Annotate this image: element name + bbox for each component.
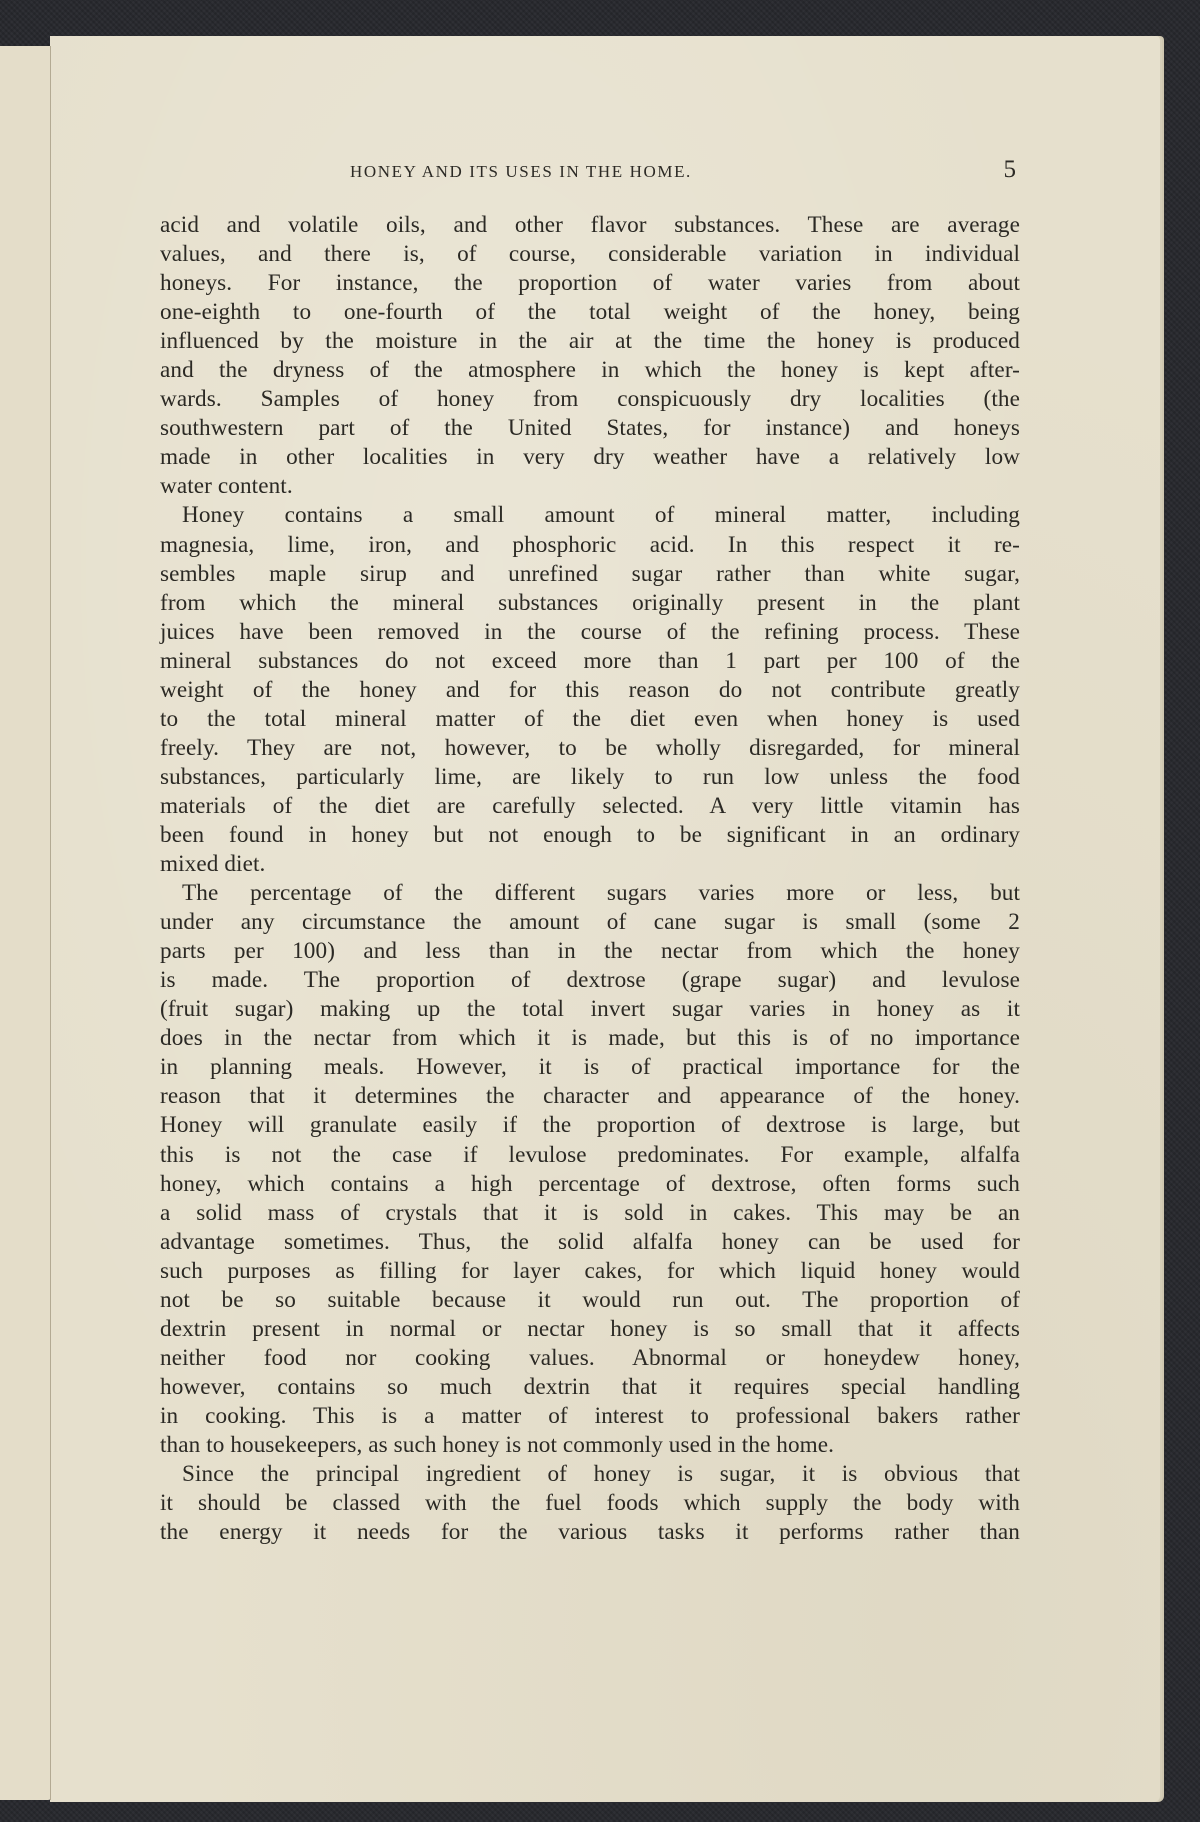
text-line: acid and volatile oils, and other flavor… xyxy=(160,211,1020,240)
text-line: and the dryness of the atmosphere in whi… xyxy=(160,356,1020,385)
paragraph: The percentage of the different sugars v… xyxy=(160,879,1020,1460)
paragraph: Since the principal ingredient of honey … xyxy=(160,1460,1020,1547)
text-line: Honey contains a small amount of mineral… xyxy=(160,501,1020,530)
body-text: acid and volatile oils, and other flavor… xyxy=(160,211,1020,1547)
text-line: southwestern part of the United States, … xyxy=(160,414,1020,443)
paragraph: acid and volatile oils, and other flavor… xyxy=(160,211,1020,501)
text-line: materials of the diet are carefully sele… xyxy=(160,792,1020,821)
text-line: under any circumstance the amount of can… xyxy=(160,908,1020,937)
text-line: is made. The proportion of dextrose (gra… xyxy=(160,966,1020,995)
text-line: The percentage of the different sugars v… xyxy=(160,879,1020,908)
text-line: honey, which contains a high percentage … xyxy=(160,1170,1020,1199)
text-line: advantage sometimes. Thus, the solid alf… xyxy=(160,1228,1020,1257)
text-line: the energy it needs for the various task… xyxy=(160,1518,1020,1547)
text-line: magnesia, lime, iron, and phosphoric aci… xyxy=(160,531,1020,560)
text-line: mineral substances do not exceed more th… xyxy=(160,647,1020,676)
text-line: this is not the case if levulose predomi… xyxy=(160,1141,1020,1170)
text-line: made in other localities in very dry wea… xyxy=(160,443,1020,472)
text-line: substances, particularly lime, are likel… xyxy=(160,763,1020,792)
running-head: HONEY AND ITS USES IN THE HOME. 5 xyxy=(160,158,1020,188)
text-line: a solid mass of crystals that it is sold… xyxy=(160,1199,1020,1228)
text-line: it should be classed with the fuel foods… xyxy=(160,1489,1020,1518)
text-line: however, contains so much dextrin that i… xyxy=(160,1373,1020,1402)
text-line: not be so suitable because it would run … xyxy=(160,1286,1020,1315)
text-line: honeys. For instance, the proportion of … xyxy=(160,269,1020,298)
running-head-title: HONEY AND ITS USES IN THE HOME. xyxy=(350,162,692,182)
paragraph: Honey contains a small amount of mineral… xyxy=(160,501,1020,879)
page-gutter-divider xyxy=(50,46,51,1800)
text-line: Honey will granulate easily if the propo… xyxy=(160,1111,1020,1140)
text-line: parts per 100) and less than in the nect… xyxy=(160,937,1020,966)
text-line: to the total mineral matter of the diet … xyxy=(160,705,1020,734)
text-line: mixed diet. xyxy=(160,850,1020,879)
text-line: from which the mineral substances origin… xyxy=(160,589,1020,618)
text-line: wards. Samples of honey from conspicuous… xyxy=(160,385,1020,414)
text-line: such purposes as filling for layer cakes… xyxy=(160,1257,1020,1286)
text-line: neither food nor cooking values. Abnorma… xyxy=(160,1344,1020,1373)
text-line: weight of the honey and for this reason … xyxy=(160,676,1020,705)
page-number: 5 xyxy=(1004,156,1017,184)
text-line: (fruit sugar) making up the total invert… xyxy=(160,995,1020,1024)
text-line: than to housekeepers, as such honey is n… xyxy=(160,1431,1020,1460)
text-line: influenced by the moisture in the air at… xyxy=(160,327,1020,356)
text-line: dextrin present in normal or nectar hone… xyxy=(160,1315,1020,1344)
text-line: in cooking. This is a matter of interest… xyxy=(160,1402,1020,1431)
facing-page-edge xyxy=(0,46,52,1800)
text-line: sembles maple sirup and unrefined sugar … xyxy=(160,560,1020,589)
text-line: juices have been removed in the course o… xyxy=(160,618,1020,647)
text-line: freely. They are not, however, to be who… xyxy=(160,734,1020,763)
text-line: one-eighth to one-fourth of the total we… xyxy=(160,298,1020,327)
text-line: does in the nectar from which it is made… xyxy=(160,1024,1020,1053)
text-line: in planning meals. However, it is of pra… xyxy=(160,1053,1020,1082)
text-line: water content. xyxy=(160,472,1020,501)
text-line: values, and there is, of course, conside… xyxy=(160,240,1020,269)
text-line: reason that it determines the character … xyxy=(160,1082,1020,1111)
text-line: been found in honey but not enough to be… xyxy=(160,821,1020,850)
text-line: Since the principal ingredient of honey … xyxy=(160,1460,1020,1489)
